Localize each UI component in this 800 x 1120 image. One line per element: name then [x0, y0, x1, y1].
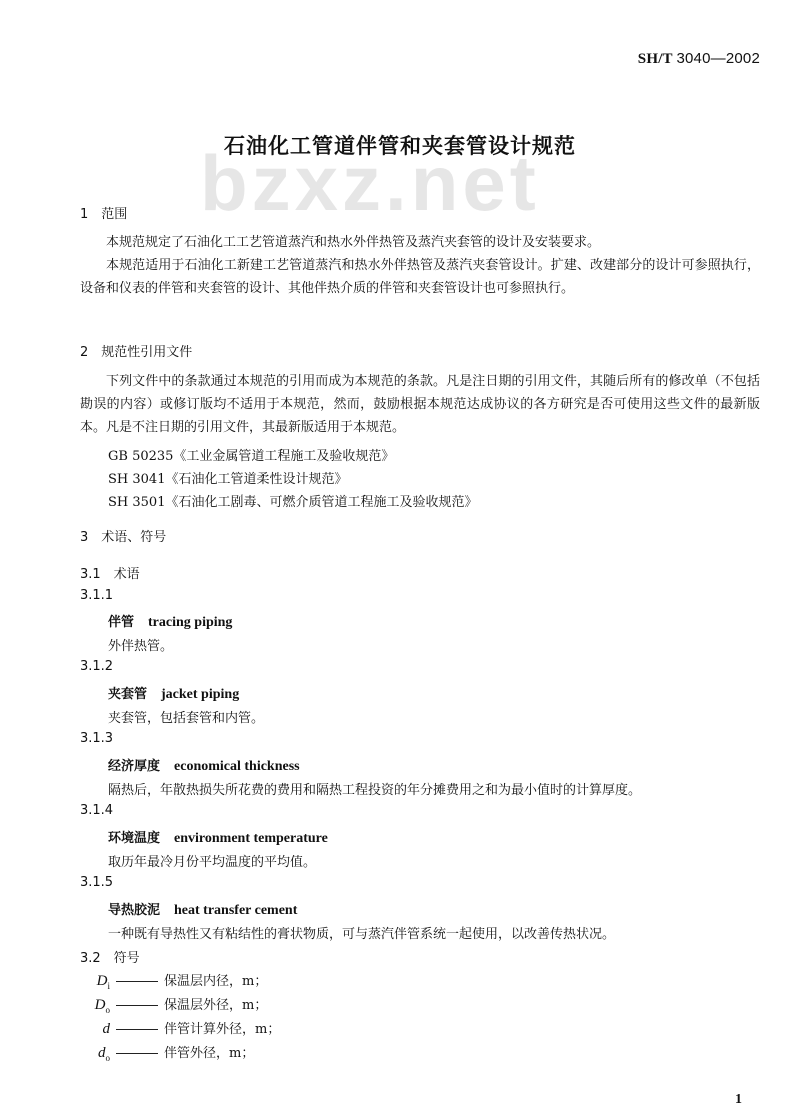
- term-english: jacket piping: [161, 687, 239, 702]
- term-title: 夹套管jacket piping: [108, 683, 239, 703]
- symbol-row: do伴管外径，m；: [90, 1042, 254, 1063]
- dash-separator: [116, 1029, 158, 1030]
- section-3-heading: 3 术语、符号: [80, 526, 166, 545]
- symbol-row: d伴管计算外径，m；: [90, 1018, 280, 1039]
- standard-code: SH/T 3040—2002: [638, 50, 760, 68]
- term-chinese: 环境温度: [108, 831, 160, 846]
- standard-prefix: SH/T: [638, 51, 673, 67]
- term-number: 3.1.3: [80, 731, 113, 746]
- term-title: 伴管tracing piping: [108, 611, 232, 631]
- term-number: 3.1.5: [80, 875, 113, 890]
- term-number: 3.1.2: [80, 659, 113, 674]
- term-chinese: 导热胶泥: [108, 903, 160, 918]
- symbol: Di: [90, 973, 110, 991]
- term-english: environment temperature: [174, 831, 328, 846]
- standard-number: 3040—2002: [676, 50, 760, 67]
- section-1-paragraph-2: 本规范适用于石油化工新建工艺管道蒸汽和热水外伴热管及蒸汽夹套管设计。扩建、改建部…: [80, 254, 760, 300]
- symbol-description: 保温层内径，m；: [164, 974, 267, 989]
- reference-item: GB 50235《工业金属管道工程施工及验收规范》: [108, 445, 394, 464]
- term-definition: 外伴热管。: [108, 635, 173, 654]
- dash-separator: [116, 1005, 158, 1006]
- section-3-1-heading: 3.1 术语: [80, 563, 140, 582]
- term-chinese: 伴管: [108, 615, 134, 630]
- symbol-description: 保温层外径，m；: [164, 998, 267, 1013]
- term-english: heat transfer cement: [174, 903, 297, 918]
- term-title: 经济厚度economical thickness: [108, 755, 300, 775]
- term-title: 导热胶泥heat transfer cement: [108, 899, 297, 919]
- section-1-paragraph-1: 本规范规定了石油化工工艺管道蒸汽和热水外伴热管及蒸汽夹套管的设计及安装要求。: [80, 231, 760, 254]
- section-2-heading: 2 规范性引用文件: [80, 341, 192, 360]
- symbol-description: 伴管外径，m；: [164, 1046, 254, 1061]
- term-english: tracing piping: [148, 615, 232, 630]
- term-chinese: 经济厚度: [108, 759, 160, 774]
- term-chinese: 夹套管: [108, 687, 147, 702]
- term-definition: 一种既有导热性又有粘结性的膏状物质，可与蒸汽伴管系统一起使用，以改善传热状况。: [108, 923, 615, 942]
- symbol-row: Do保温层外径，m；: [90, 994, 267, 1015]
- symbol-row: Di保温层内径，m；: [90, 970, 267, 991]
- term-number: 3.1.4: [80, 803, 113, 818]
- symbol: d: [90, 1021, 110, 1039]
- section-1-heading: 1 范围: [80, 203, 127, 222]
- term-definition: 夹套管，包括套管和内管。: [108, 707, 264, 726]
- term-definition: 隔热后，年散热损失所花费的费用和隔热工程投资的年分摊费用之和为最小值时的计算厚度…: [108, 779, 641, 798]
- dash-separator: [116, 1053, 158, 1054]
- symbol-description: 伴管计算外径，m；: [164, 1022, 280, 1037]
- term-definition: 取历年最冷月份平均温度的平均值。: [108, 851, 316, 870]
- section-2-paragraph: 下列文件中的条款通过本规范的引用而成为本规范的条款。凡是注日期的引用文件，其随后…: [80, 370, 760, 439]
- reference-item: SH 3501《石油化工剧毒、可燃介质管道工程施工及验收规范》: [108, 491, 477, 510]
- dash-separator: [116, 981, 158, 982]
- section-3-2-heading: 3.2 符号: [80, 947, 140, 966]
- term-english: economical thickness: [174, 759, 300, 774]
- page-number: 1: [735, 1092, 742, 1108]
- term-number: 3.1.1: [80, 588, 113, 603]
- symbol: Do: [90, 997, 110, 1015]
- term-title: 环境温度environment temperature: [108, 827, 328, 847]
- document-title: 石油化工管道伴管和夹套管设计规范: [0, 130, 800, 160]
- reference-item: SH 3041《石油化工管道柔性设计规范》: [108, 468, 347, 487]
- symbol: do: [90, 1045, 110, 1063]
